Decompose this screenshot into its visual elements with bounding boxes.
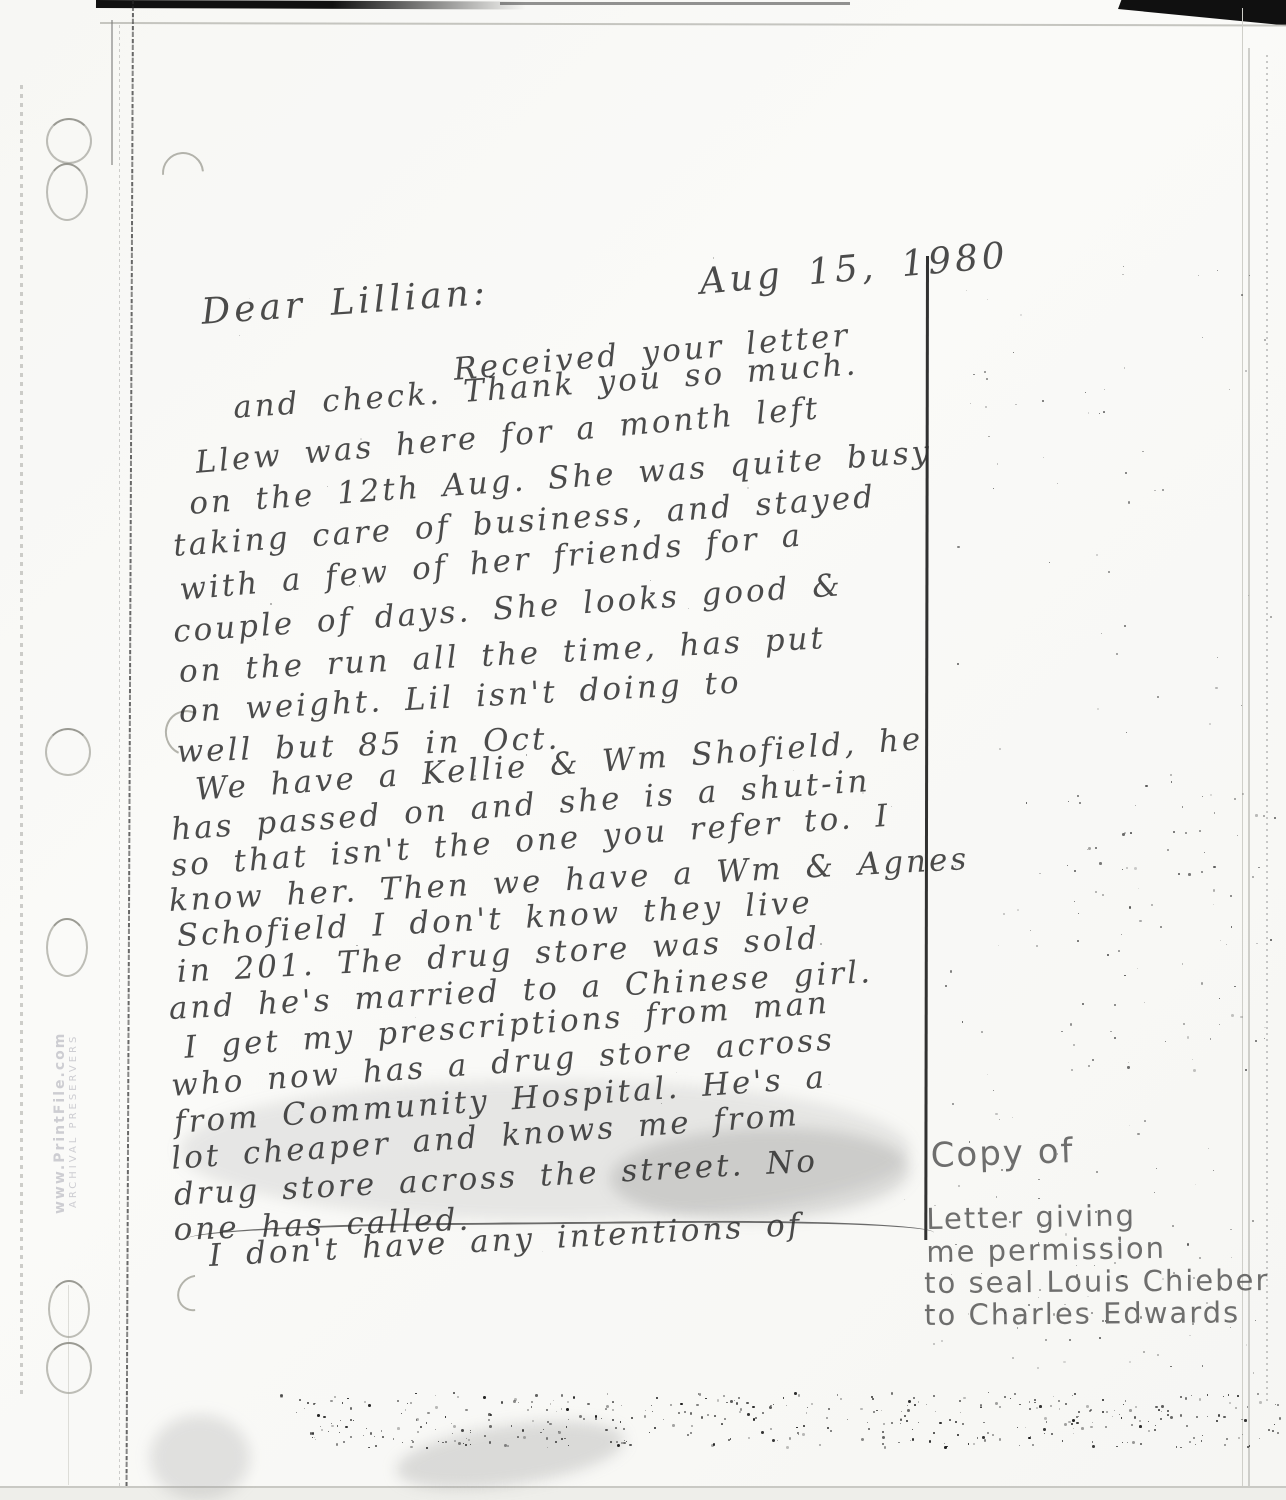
noise-dot xyxy=(652,1411,654,1413)
noise-dot xyxy=(898,1442,900,1444)
noise-dot xyxy=(1122,274,1123,275)
noise-dot xyxy=(321,1429,323,1431)
noise-dot xyxy=(550,1403,552,1405)
noise-dot xyxy=(1275,1404,1276,1405)
noise-dot xyxy=(1051,1433,1053,1435)
noise-dot xyxy=(1263,815,1265,817)
noise-dot xyxy=(452,1433,453,1434)
noise-dot xyxy=(929,1440,931,1442)
noise-dot xyxy=(1108,571,1110,573)
noise-dot xyxy=(1116,653,1118,655)
noise-dot xyxy=(734,1400,735,1401)
noise-dot xyxy=(1073,1433,1075,1435)
noise-dot xyxy=(629,1444,631,1446)
noise-dot xyxy=(1004,1396,1006,1398)
noise-dot xyxy=(1116,1446,1117,1447)
noise-dot xyxy=(374,1436,375,1437)
sleeve-brand-watermark: www.PrintFile.com ARCHIVAL PRESERVERS xyxy=(52,1005,79,1240)
binder-hole xyxy=(46,163,88,221)
noise-dot xyxy=(1220,940,1221,941)
noise-dot xyxy=(772,1439,775,1442)
noise-dot xyxy=(1019,1445,1020,1446)
noise-dot xyxy=(1274,1424,1275,1425)
sleeve-fold-line xyxy=(119,25,120,1490)
noise-dot xyxy=(1059,1408,1060,1409)
noise-dot xyxy=(1182,963,1184,965)
sleeve-edge-line xyxy=(125,0,134,1490)
noise-dot xyxy=(1143,1351,1145,1353)
noise-dot xyxy=(345,1426,347,1428)
noise-dot xyxy=(1044,1433,1045,1434)
noise-dot xyxy=(445,1416,446,1417)
noise-dot xyxy=(699,1393,701,1395)
noise-dot xyxy=(796,1427,798,1429)
noise-dot xyxy=(1107,954,1110,957)
noise-dot xyxy=(1057,483,1058,484)
noise-dot xyxy=(1244,1419,1247,1422)
noise-dot xyxy=(1069,1339,1071,1341)
noise-dot xyxy=(1127,1442,1128,1443)
noise-dot xyxy=(1156,1168,1158,1170)
noise-dot xyxy=(299,1399,301,1401)
noise-dot xyxy=(363,1435,364,1436)
noise-dot xyxy=(350,1436,352,1438)
noise-dot xyxy=(996,1196,997,1197)
noise-dot xyxy=(1219,998,1220,999)
noise-dot xyxy=(984,371,986,373)
noise-dot xyxy=(1037,1367,1039,1369)
noise-dot xyxy=(1223,1396,1224,1397)
noise-dot xyxy=(1042,400,1044,402)
noise-dot xyxy=(955,1421,957,1423)
noise-dot xyxy=(1074,870,1076,872)
noise-dot xyxy=(983,1422,985,1424)
noise-dot xyxy=(1231,1257,1232,1258)
noise-dot xyxy=(1185,832,1187,834)
noise-dot xyxy=(339,1432,341,1434)
noise-dot xyxy=(427,1412,430,1415)
noise-dot xyxy=(690,1412,693,1415)
noise-dot xyxy=(382,1436,384,1438)
noise-dot xyxy=(1268,1429,1270,1431)
noise-dot xyxy=(1012,1357,1014,1359)
noise-dot xyxy=(1135,1406,1137,1408)
noise-dot xyxy=(761,1431,764,1434)
noise-dot xyxy=(1025,1427,1026,1428)
noise-dot xyxy=(1065,1403,1068,1406)
noise-dot xyxy=(1030,930,1031,931)
noise-dot xyxy=(489,1425,492,1428)
noise-dot xyxy=(912,1438,915,1441)
noise-dot xyxy=(1046,1421,1048,1423)
noise-dot xyxy=(1183,1023,1185,1025)
noise-dot xyxy=(1160,1418,1163,1421)
noise-dot xyxy=(800,794,802,796)
noise-dot xyxy=(1090,1426,1092,1428)
noise-dot xyxy=(1137,968,1138,969)
noise-dot xyxy=(1198,275,1199,276)
noise-dot xyxy=(872,1398,874,1400)
noise-dot xyxy=(1017,909,1019,911)
noise-dot xyxy=(393,1438,395,1440)
noise-dot xyxy=(420,1426,422,1428)
noise-dot xyxy=(542,1251,543,1252)
noise-dot xyxy=(1199,830,1201,832)
noise-dot xyxy=(1073,1428,1074,1429)
noise-dot xyxy=(726,1402,728,1404)
noise-dot xyxy=(746,1402,749,1405)
noise-dot xyxy=(713,257,715,259)
noise-dot xyxy=(987,1432,988,1433)
noise-dot xyxy=(1255,814,1257,816)
noise-dot xyxy=(1029,1401,1031,1403)
noise-dot xyxy=(410,1402,412,1404)
noise-dot xyxy=(826,1417,828,1419)
noise-dot xyxy=(1112,1416,1113,1417)
noise-dot xyxy=(907,1405,908,1406)
noise-dot xyxy=(717,1399,719,1401)
noise-dot xyxy=(802,1433,805,1436)
noise-dot xyxy=(1234,798,1236,800)
noise-dot xyxy=(891,806,892,807)
noise-dot xyxy=(612,1419,614,1421)
noise-dot xyxy=(397,1427,400,1430)
noise-dot xyxy=(1234,986,1236,988)
noise-dot xyxy=(488,1419,490,1421)
noise-dot xyxy=(993,488,994,489)
noise-dot xyxy=(1157,1354,1159,1356)
noise-dot xyxy=(701,1416,703,1418)
noise-dot xyxy=(724,1418,726,1420)
noise-dot xyxy=(1131,1424,1133,1426)
noise-dot xyxy=(748,1437,750,1439)
noise-dot xyxy=(1240,1016,1243,1019)
noise-dot xyxy=(1126,732,1127,733)
noise-dot xyxy=(1182,806,1184,808)
noise-dot xyxy=(957,546,959,548)
noise-dot xyxy=(738,1397,740,1399)
noise-dot xyxy=(426,1447,428,1449)
noise-dot xyxy=(595,1415,598,1418)
noise-dot xyxy=(1178,873,1180,875)
noise-dot xyxy=(876,1410,878,1412)
noise-dot xyxy=(1167,1414,1169,1416)
noise-dot xyxy=(417,1431,419,1433)
noise-dot xyxy=(1122,869,1124,871)
noise-dot xyxy=(918,1422,919,1423)
noise-dot xyxy=(364,1401,366,1403)
noise-dot xyxy=(1154,1429,1156,1431)
noise-dot xyxy=(1264,339,1266,341)
noise-dot xyxy=(1230,895,1232,897)
noise-dot xyxy=(773,1404,774,1405)
noise-dot xyxy=(1124,975,1126,977)
noise-dot xyxy=(1110,1031,1112,1033)
noise-dot xyxy=(1065,1233,1067,1235)
noise-dot xyxy=(1020,314,1022,316)
noise-dot xyxy=(1206,1302,1208,1304)
noise-dot xyxy=(532,1420,534,1422)
noise-dot xyxy=(323,1416,326,1419)
noise-dot xyxy=(623,1442,625,1444)
noise-dot xyxy=(960,1412,962,1414)
noise-dot xyxy=(416,1418,419,1421)
noise-dot xyxy=(981,1273,982,1274)
noise-dot xyxy=(913,1397,915,1399)
noise-dot xyxy=(982,1436,985,1439)
noise-dot xyxy=(1277,1404,1279,1406)
noise-dot xyxy=(1125,472,1127,474)
noise-dot xyxy=(1259,1401,1262,1404)
noise-dot xyxy=(381,1430,383,1432)
noise-dot xyxy=(1144,1120,1146,1122)
noise-dot xyxy=(1140,1443,1142,1445)
noise-dot xyxy=(1202,1365,1204,1367)
noise-dot xyxy=(999,1119,1000,1120)
noise-dot xyxy=(968,1443,970,1445)
noise-dot xyxy=(687,1434,689,1436)
noise-dot xyxy=(1241,294,1243,296)
noise-dot xyxy=(465,1409,468,1412)
noise-dot xyxy=(347,1398,349,1400)
paper-punch-hole xyxy=(153,143,212,202)
noise-dot xyxy=(970,403,971,404)
noise-dot xyxy=(1235,1407,1237,1409)
noise-dot xyxy=(868,1428,870,1430)
noise-dot xyxy=(705,1398,706,1399)
noise-dot xyxy=(587,1403,590,1406)
noise-dot xyxy=(1213,904,1214,905)
noise-dot xyxy=(977,1437,978,1438)
noise-dot xyxy=(912,1429,914,1431)
noise-dot xyxy=(1139,920,1142,923)
noise-dot xyxy=(1160,926,1162,928)
noise-dot xyxy=(1148,1430,1150,1432)
noise-dot xyxy=(884,1446,886,1448)
noise-dot xyxy=(966,290,967,291)
noise-dot xyxy=(1128,1062,1129,1063)
noise-dot xyxy=(296,1412,297,1413)
noise-dot xyxy=(1132,1441,1135,1444)
noise-dot xyxy=(1193,1277,1195,1279)
noise-dot xyxy=(1039,1289,1041,1291)
noise-dot xyxy=(1045,1339,1047,1341)
noise-dot xyxy=(1095,891,1097,893)
noise-dot xyxy=(1036,1407,1038,1409)
noise-dot xyxy=(610,1441,612,1443)
noise-dot xyxy=(837,1394,839,1396)
noise-dot xyxy=(1187,1243,1190,1246)
noise-dot xyxy=(1019,1404,1020,1405)
noise-dot xyxy=(1129,906,1132,909)
sleeve-perforation-column xyxy=(20,85,23,1395)
noise-dot xyxy=(553,1400,554,1401)
noise-dot xyxy=(415,1393,417,1395)
noise-dot xyxy=(959,1400,961,1402)
noise-dot xyxy=(986,378,988,380)
scan-top-bar-middle xyxy=(500,2,850,5)
noise-dot xyxy=(645,1410,647,1412)
noise-dot xyxy=(1099,413,1100,414)
noise-dot xyxy=(1253,1372,1255,1374)
letter-copy-right-edge xyxy=(924,256,929,1240)
binder-hole xyxy=(46,118,92,164)
noise-dot xyxy=(803,1425,805,1427)
noise-dot xyxy=(1215,687,1217,689)
noise-dot xyxy=(457,1396,459,1398)
noise-dot xyxy=(1144,1002,1145,1003)
binder-hole xyxy=(46,918,88,977)
noise-dot xyxy=(1173,831,1175,833)
noise-dot xyxy=(1124,625,1126,627)
noise-dot xyxy=(606,1405,609,1408)
noise-dot xyxy=(770,1405,772,1407)
noise-dot xyxy=(1219,1024,1221,1026)
noise-dot xyxy=(489,1441,492,1444)
noise-dot xyxy=(1102,1399,1104,1401)
noise-dot xyxy=(310,1432,313,1435)
noise-dot xyxy=(1012,1117,1013,1118)
noise-dot xyxy=(331,1423,332,1424)
noise-dot xyxy=(1157,696,1159,698)
noise-dot xyxy=(1053,1396,1054,1397)
noise-dot xyxy=(1134,867,1137,870)
noise-dot xyxy=(1207,1394,1208,1395)
noise-dot xyxy=(987,1074,988,1075)
noise-dot xyxy=(999,1438,1002,1441)
noise-dot xyxy=(1127,1066,1129,1068)
sheet-top-edge-line xyxy=(100,22,1286,26)
noise-dot xyxy=(435,1406,437,1408)
noise-dot xyxy=(1078,913,1079,914)
noise-dot xyxy=(1039,1405,1042,1408)
noise-dot xyxy=(368,1404,371,1407)
noise-dot xyxy=(1230,1229,1232,1231)
noise-dot xyxy=(1074,1393,1076,1395)
noise-dot xyxy=(315,1439,316,1440)
noise-dot xyxy=(535,1394,538,1397)
noise-dot xyxy=(830,1430,833,1433)
noise-dot xyxy=(566,1408,569,1411)
noise-dot xyxy=(368,1447,369,1448)
letter-salutation: Dear Lillian: xyxy=(200,272,490,333)
noise-dot xyxy=(1106,1411,1108,1413)
binder-hole xyxy=(45,728,91,776)
sleeve-brand-tagline: ARCHIVAL PRESERVERS xyxy=(68,1005,79,1236)
noise-dot xyxy=(370,1432,373,1435)
noise-dot xyxy=(1161,1411,1162,1412)
noise-dot xyxy=(1201,1440,1203,1442)
noise-dot xyxy=(1043,1428,1046,1431)
noise-dot xyxy=(1207,1416,1208,1417)
noise-dot xyxy=(1217,657,1218,658)
noise-dot xyxy=(1202,337,1203,338)
noise-dot xyxy=(944,1443,945,1444)
noise-dot xyxy=(1189,1335,1191,1337)
noise-dot xyxy=(612,1409,614,1411)
noise-dot xyxy=(331,1425,334,1428)
noise-dot xyxy=(1172,1225,1174,1227)
noise-dot xyxy=(454,1440,456,1442)
noise-dot xyxy=(1001,1288,1003,1290)
noise-dot xyxy=(1038,1179,1040,1181)
noise-dot xyxy=(819,1444,821,1446)
noise-dot xyxy=(343,1441,345,1443)
noise-dot xyxy=(999,1406,1001,1408)
noise-dot xyxy=(755,1417,757,1419)
noise-dot xyxy=(1088,412,1090,414)
noise-dot xyxy=(904,1415,906,1417)
noise-dot xyxy=(992,1434,994,1436)
noise-dot xyxy=(794,1392,797,1395)
noise-dot xyxy=(752,1406,755,1409)
noise-dot xyxy=(330,1400,332,1402)
noise-dot xyxy=(933,1343,935,1345)
noise-dot xyxy=(1231,1014,1234,1017)
noise-dot xyxy=(1049,562,1050,563)
noise-dot xyxy=(1071,1423,1073,1425)
noise-dot xyxy=(1223,1416,1226,1419)
noise-dot xyxy=(453,1425,456,1428)
noise-dot xyxy=(1139,1420,1142,1423)
noise-dot xyxy=(820,943,822,945)
noise-dot xyxy=(1122,1442,1123,1443)
noise-dot xyxy=(882,1431,884,1433)
noise-dot xyxy=(1036,945,1038,947)
noise-dot xyxy=(672,1424,675,1427)
noise-dot xyxy=(1125,1400,1127,1402)
noise-dot xyxy=(881,1410,883,1412)
noise-dot xyxy=(649,1432,650,1433)
noise-dot xyxy=(1028,1437,1031,1440)
binder-hole xyxy=(48,1280,90,1338)
noise-dot xyxy=(1145,785,1147,787)
noise-dot xyxy=(935,1411,936,1412)
noise-dot xyxy=(696,1404,699,1407)
noise-dot xyxy=(312,1437,314,1439)
noise-dot xyxy=(1231,926,1233,928)
noise-dot xyxy=(567,1401,570,1404)
noise-dot xyxy=(337,1425,339,1427)
noise-dot xyxy=(1050,1405,1051,1406)
noise-dot xyxy=(690,1432,692,1434)
noise-dot xyxy=(1034,1402,1036,1404)
noise-dot xyxy=(798,1434,799,1435)
noise-dot xyxy=(401,1413,402,1414)
noise-dot xyxy=(307,1402,309,1404)
noise-dot xyxy=(1092,1059,1094,1061)
noise-dot xyxy=(1123,1404,1124,1405)
noise-dot xyxy=(891,1422,893,1424)
noise-dot xyxy=(1061,1031,1063,1033)
noise-dot xyxy=(626,1441,627,1442)
noise-dot xyxy=(1256,943,1258,945)
noise-dot xyxy=(317,1414,320,1417)
noise-dot xyxy=(730,1438,732,1440)
noise-dot xyxy=(993,1090,995,1092)
noise-dot xyxy=(1104,389,1106,391)
noise-dot xyxy=(933,1395,936,1398)
noise-dot xyxy=(1158,1409,1160,1411)
noise-dot xyxy=(906,1420,908,1422)
noise-dot xyxy=(620,1421,622,1423)
noise-dot xyxy=(949,1419,951,1421)
noise-dot xyxy=(1154,1192,1155,1193)
noise-dot xyxy=(1148,1421,1149,1422)
noise-dot xyxy=(806,1412,808,1414)
noise-dot xyxy=(402,1442,403,1443)
noise-dot xyxy=(615,1427,617,1429)
